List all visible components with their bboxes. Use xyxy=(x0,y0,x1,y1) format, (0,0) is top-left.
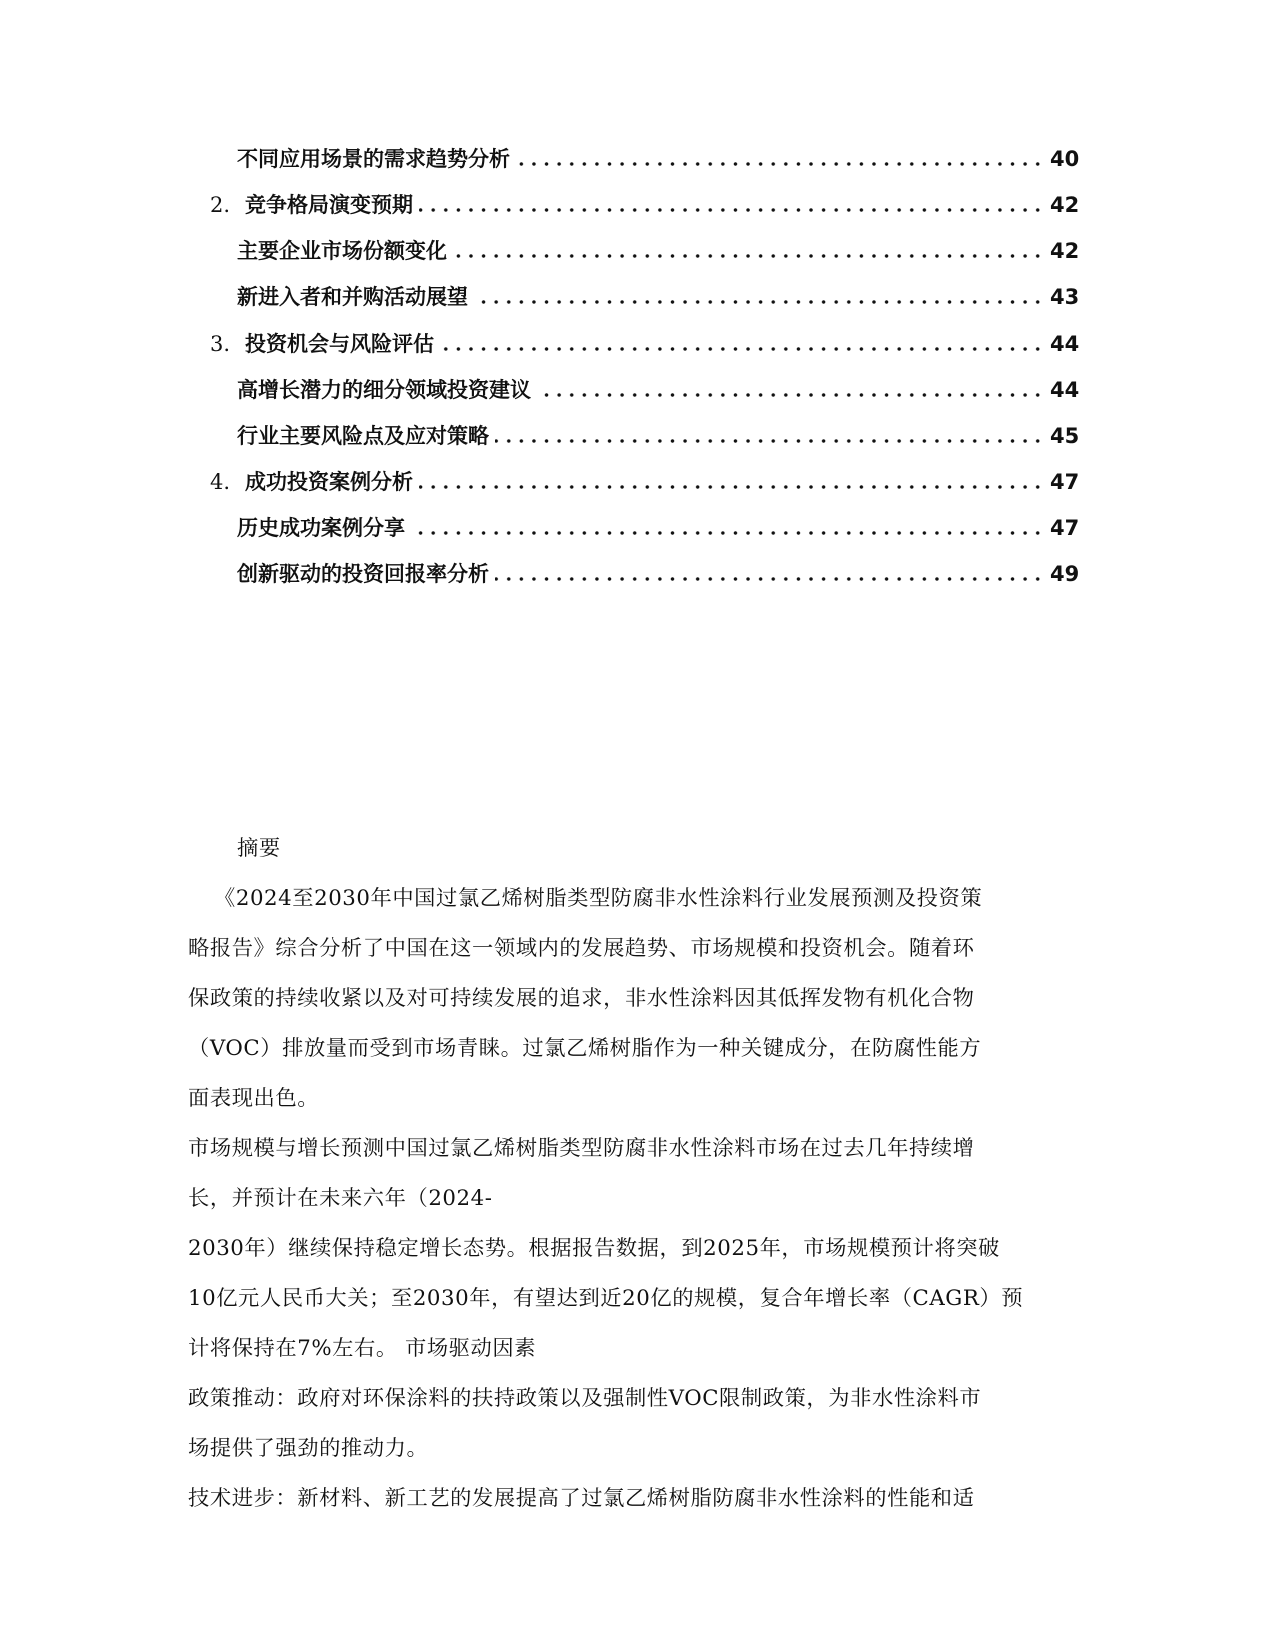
toc-dot-leader xyxy=(440,327,1044,361)
abstract-line: 保政策的持续收紧以及对可持续发展的追求，非水性涂料因其低挥发物有机化合物 xyxy=(188,984,975,1014)
abstract-heading: 摘要 xyxy=(237,834,281,864)
abstract-line: 政策推动：政府对环保涂料的扶持政策以及强制性VOC限制政策，为非水性涂料市 xyxy=(188,1384,981,1414)
toc-entry-title: 历史成功案例分享 xyxy=(237,511,405,545)
toc-dot-leader xyxy=(411,511,1044,545)
toc-entry-page: 42 xyxy=(1050,234,1078,268)
toc-entry-title: 主要企业市场份额变化 xyxy=(237,234,447,268)
abstract-line: （VOC）排放量而受到市场青睐。过氯乙烯树脂作为一种关键成分，在防腐性能方 xyxy=(188,1034,981,1064)
toc-entry-page: 40 xyxy=(1050,142,1078,176)
toc-entry[interactable]: 3. 投资机会与风险评估 44 xyxy=(210,327,1078,361)
abstract-line: 技术进步：新材料、新工艺的发展提高了过氯乙烯树脂防腐非水性涂料的性能和适 xyxy=(188,1484,975,1514)
toc-entry[interactable]: 行业主要风险点及应对策略 45 xyxy=(237,419,1078,453)
toc-entry-title: 成功投资案例分析 xyxy=(245,465,413,499)
toc-dot-leader xyxy=(419,465,1044,499)
toc-entry-page: 44 xyxy=(1050,327,1078,361)
toc-entry-page: 49 xyxy=(1050,557,1078,591)
abstract-line: 略报告》综合分析了中国在这一领域内的发展趋势、市场规模和投资机会。随着环 xyxy=(188,934,975,964)
abstract-line: 2030年）继续保持稳定增长态势。根据报告数据，到2025年，市场规模预计将突破 xyxy=(188,1234,1000,1264)
toc-entry-page: 47 xyxy=(1050,465,1078,499)
toc-entry-page: 44 xyxy=(1050,373,1078,407)
toc-entry[interactable]: 2. 竞争格局演变预期 42 xyxy=(210,188,1078,222)
toc-entry-number: 2. xyxy=(210,188,245,222)
document-page: 不同应用场景的需求趋势分析 40 2. 竞争格局演变预期 42 主要企业市场份额… xyxy=(0,0,1275,1650)
toc-entry-page: 42 xyxy=(1050,188,1078,222)
toc-entry-title: 创新驱动的投资回报率分析 xyxy=(237,557,489,591)
toc-entry[interactable]: 主要企业市场份额变化 42 xyxy=(237,234,1078,268)
toc-entry-title: 不同应用场景的需求趋势分析 xyxy=(237,142,510,176)
abstract-line: 长，并预计在未来六年（2024- xyxy=(188,1184,492,1214)
abstract-line: 场提供了强劲的推动力。 xyxy=(188,1434,428,1464)
toc-entry[interactable]: 高增长潜力的细分领域投资建议 44 xyxy=(237,373,1078,407)
toc-dot-leader xyxy=(474,280,1044,314)
toc-entry[interactable]: 4. 成功投资案例分析 47 xyxy=(210,465,1078,499)
toc-dot-leader xyxy=(453,234,1044,268)
toc-entry-page: 45 xyxy=(1050,419,1078,453)
toc-entry-title: 竞争格局演变预期 xyxy=(245,188,413,222)
toc-entry[interactable]: 新进入者和并购活动展望 43 xyxy=(237,280,1078,314)
toc-dot-leader xyxy=(537,373,1044,407)
toc-entry-page: 47 xyxy=(1050,511,1078,545)
toc-dot-leader xyxy=(419,188,1044,222)
toc-dot-leader xyxy=(495,557,1044,591)
toc-entry-number: 3. xyxy=(210,327,245,361)
abstract-line: 《2024至2030年中国过氯乙烯树脂类型防腐非水性涂料行业发展预测及投资策 xyxy=(214,884,982,914)
toc-entry-title: 行业主要风险点及应对策略 xyxy=(237,419,489,453)
abstract-line: 计将保持在7%左右。 市场驱动因素 xyxy=(188,1334,536,1364)
toc-entry-title: 投资机会与风险评估 xyxy=(245,327,434,361)
toc-dot-leader xyxy=(495,419,1044,453)
abstract-line: 面表现出色。 xyxy=(188,1084,319,1114)
abstract-line: 市场规模与增长预测中国过氯乙烯树脂类型防腐非水性涂料市场在过去几年持续增 xyxy=(188,1134,975,1164)
toc-entry[interactable]: 创新驱动的投资回报率分析 49 xyxy=(237,557,1078,591)
toc-entry-title: 新进入者和并购活动展望 xyxy=(237,280,468,314)
toc-entry-title: 高增长潜力的细分领域投资建议 xyxy=(237,373,531,407)
toc-entry-page: 43 xyxy=(1050,280,1078,314)
abstract-line: 10亿元人民币大关；至2030年，有望达到近20亿的规模，复合年增长率（CAGR… xyxy=(188,1284,1023,1314)
toc-entry-number: 4. xyxy=(210,465,245,499)
toc-entry[interactable]: 历史成功案例分享 47 xyxy=(237,511,1078,545)
toc-entry[interactable]: 不同应用场景的需求趋势分析 40 xyxy=(237,142,1078,176)
toc-dot-leader xyxy=(516,142,1044,176)
